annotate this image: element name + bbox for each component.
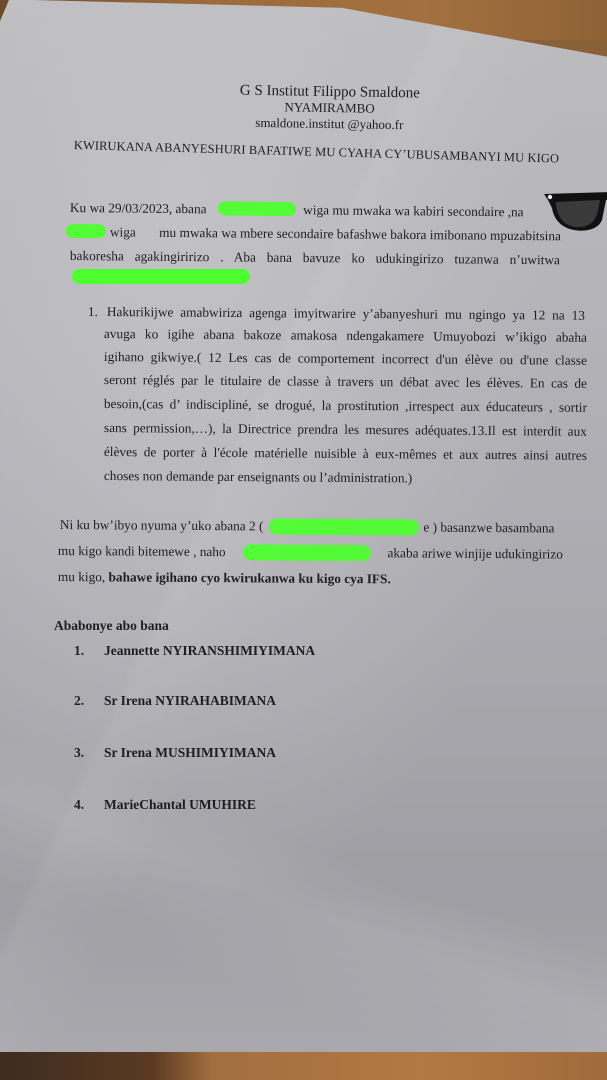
intro-line-3: bakoresha agakingiririzo . Aba bana bavu… bbox=[70, 248, 560, 268]
decision-text: Ni ku bw’ibyo nyuma y’uko abana 2 ( bbox=[60, 517, 264, 534]
decision-text: akaba ariwe winjije udukingirizo bbox=[387, 545, 562, 562]
rule-text-line: seront réglés par le titulaire de classe… bbox=[104, 372, 587, 392]
signer-item: 4.MarieChantal UMUHIRE bbox=[74, 797, 256, 813]
rule-text-line: besoin,(cas d’ indiscipliné, se drogué, … bbox=[104, 396, 587, 416]
signer-name: MarieChantal UMUHIRE bbox=[104, 797, 256, 812]
redaction-mark bbox=[66, 224, 106, 238]
decision-text: e ) basanzwe basambana bbox=[423, 520, 554, 537]
signers-heading: Ababonye abo bana bbox=[54, 618, 169, 634]
signer-item: 3.Sr Irena MUSHIMIYIMANA bbox=[74, 745, 276, 761]
rule-number: 1. bbox=[88, 304, 98, 320]
rule-text-line: sans permission,…), la Directrice prendr… bbox=[104, 420, 587, 440]
intro-text: Ku wa 29/03/2023, abana bbox=[70, 200, 207, 216]
rule-text-line: Hakurikijwe amabwiriza agenga imyitwarir… bbox=[107, 304, 585, 324]
signer-name: Sr Irena MUSHIMIYIMANA bbox=[104, 745, 276, 760]
intro-line-2: wiga mu mwaka wa mbere secondaire bafash… bbox=[66, 224, 561, 244]
signer-number: 1. bbox=[74, 643, 104, 659]
decision-text: mu kigo kandi bitemewe , naho bbox=[58, 543, 226, 560]
school-email: smaldone.institut @yahoo.fr bbox=[199, 114, 459, 134]
redaction-mark bbox=[243, 544, 371, 561]
redaction-mark bbox=[269, 518, 419, 535]
redaction-mark bbox=[72, 269, 250, 284]
signer-number: 2. bbox=[74, 693, 104, 709]
intro-line-1: Ku wa 29/03/2023, abana wiga mu mwaka wa… bbox=[70, 200, 524, 220]
sunglasses-icon bbox=[540, 186, 607, 236]
intro-text: wiga bbox=[110, 224, 136, 239]
document-title: KWIRUKANA ABANYESHURI BAFATIWE MU CYAHA … bbox=[74, 138, 560, 167]
rule-text-line: choses non demande par enseignants ou l’… bbox=[104, 468, 412, 486]
signer-number: 3. bbox=[74, 745, 104, 761]
document-photo: G S Institut Filippo Smaldone NYAMIRAMBO… bbox=[0, 0, 607, 1080]
rule-text-line: igihano gikwiye.( 12 Les cas de comporte… bbox=[104, 349, 587, 369]
signer-name: Sr Irena NYIRAHABIMANA bbox=[104, 693, 276, 708]
decision-line-3: mu kigo, bahawe igihano cyo kwirukanwa k… bbox=[58, 569, 391, 587]
signer-item: 2.Sr Irena NYIRAHABIMANA bbox=[74, 693, 276, 709]
signer-item: 1.Jeannette NYIRANSHIMIYIMANA bbox=[74, 643, 315, 659]
signer-number: 4. bbox=[74, 797, 104, 813]
rule-text-line: avuga ko igihe abana bakoze amakosa nden… bbox=[104, 326, 587, 346]
redaction-mark bbox=[218, 201, 296, 216]
intro-text: wiga mu mwaka wa kabiri secondaire ,na bbox=[303, 202, 524, 219]
decision-line-2: mu kigo kandi bitemewe , naho akaba ariw… bbox=[58, 543, 563, 563]
signer-name: Jeannette NYIRANSHIMIYIMANA bbox=[104, 643, 315, 658]
intro-text-group: wiga bbox=[66, 224, 136, 241]
decision-line-1: Ni ku bw’ibyo nyuma y’uko abana 2 ( e ) … bbox=[60, 517, 563, 537]
document-content: G S Institut Filippo Smaldone NYAMIRAMBO… bbox=[0, 0, 607, 1080]
letterhead: G S Institut Filippo Smaldone NYAMIRAMBO… bbox=[199, 82, 460, 134]
decision-verdict: bahawe igihano cyo kwirukanwa ku kigo cy… bbox=[109, 569, 391, 586]
decision-text: mu kigo, bbox=[58, 569, 109, 584]
rule-text-line: élèves de porter à l'école matérielle nu… bbox=[104, 444, 587, 464]
intro-text: mu mwaka wa mbere secondaire bafashwe ba… bbox=[159, 225, 561, 245]
